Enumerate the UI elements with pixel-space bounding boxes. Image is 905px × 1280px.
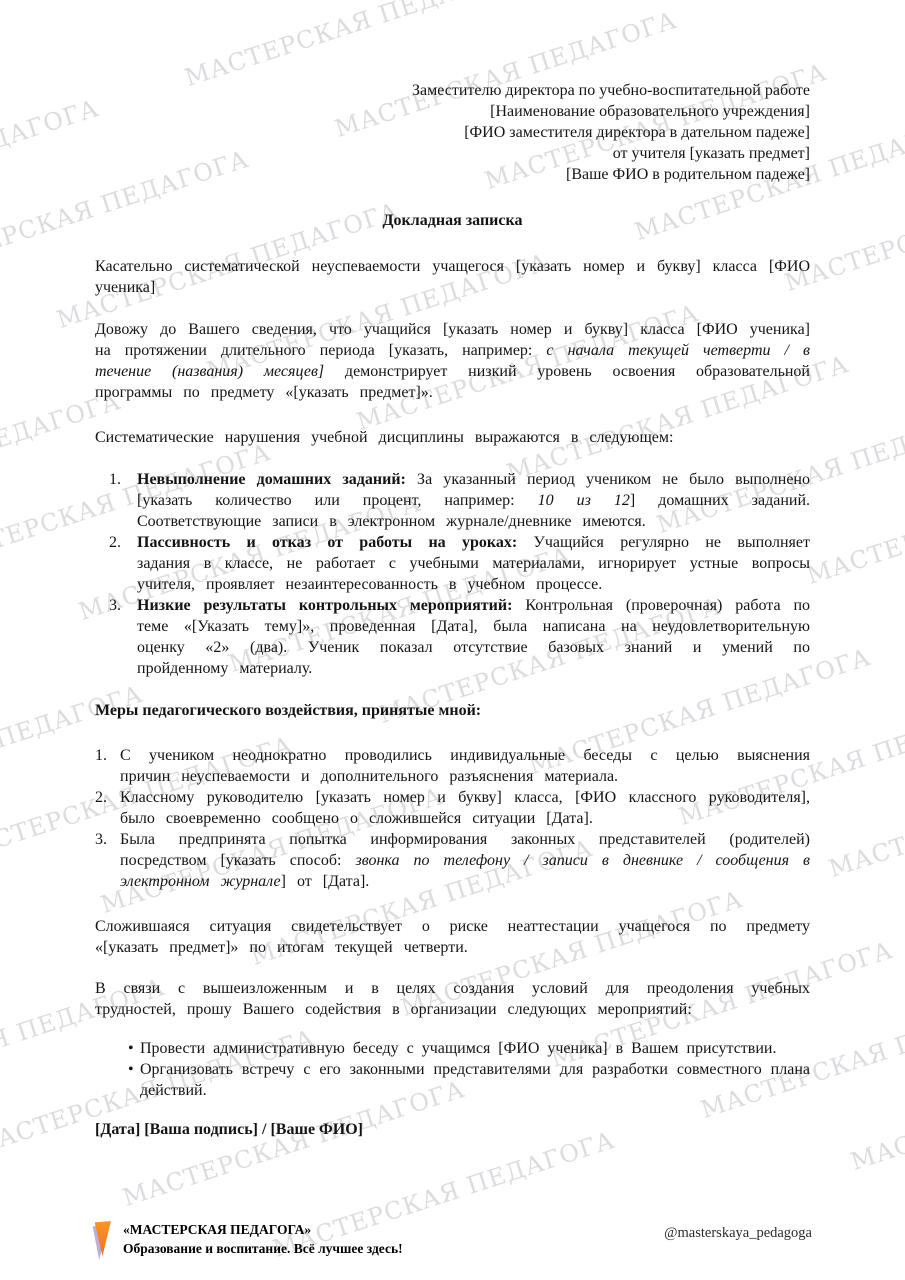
recipient-line: Заместителю директора по учебно-воспитат… (95, 80, 810, 101)
item-text: С учеником неоднократно проводились инди… (120, 745, 810, 787)
bullet-marker: • (128, 1059, 140, 1101)
bullet-marker: • (128, 1038, 140, 1059)
signature-line: [Дата] [Ваша подпись] / [Ваше ФИО] (95, 1119, 810, 1140)
recipient-line: [Наименование образовательного учреждени… (95, 101, 810, 122)
measures-list: 1. С учеником неоднократно проводились и… (95, 745, 810, 892)
item-text: Провести административную беседу с учащи… (140, 1038, 810, 1059)
recipient-line: [ФИО заместителя директора в дательном п… (95, 122, 810, 143)
measure-item: 1. С учеником неоднократно проводились и… (95, 745, 810, 787)
item-example-italic: 10 из 12 (538, 492, 630, 509)
item-number: 3. (109, 595, 137, 679)
item-text: Низкие результаты контрольных мероприяти… (137, 595, 810, 679)
item-number: 2. (95, 787, 120, 829)
item-body-text: ] от [Дата]. (281, 873, 370, 890)
item-number: 2. (109, 532, 137, 595)
violation-item: 3. Низкие результаты контрольных меропри… (95, 595, 810, 679)
item-text: Пассивность и отказ от работы на уроках:… (137, 532, 810, 595)
violation-item: 1. Невыполнение домашних заданий: За ука… (95, 469, 810, 532)
item-text: Невыполнение домашних заданий: За указан… (137, 469, 810, 532)
measures-heading: Меры педагогического воздействия, принят… (95, 700, 810, 721)
measure-item: 3. Была предпринята попытка информирован… (95, 829, 810, 892)
item-body-text: С учеником неоднократно проводились инди… (120, 747, 810, 785)
report-paragraph: Довожу до Вашего сведения, что учащийся … (95, 319, 810, 403)
violation-item: 2. Пассивность и отказ от работы на урок… (95, 532, 810, 595)
watermark-text: МАСТЕРСКАЯ ПЕДАГОГА (825, 746, 905, 883)
brand-block: «МАСТЕРСКАЯ ПЕДАГОГА» Образование и восп… (123, 1220, 403, 1258)
measure-item: 2. Классному руководителю [указать номер… (95, 787, 810, 829)
recipient-line: [Ваше ФИО в родительном падеже] (95, 164, 810, 185)
item-number: 1. (95, 745, 120, 787)
watermark-text: МАСТЕРСКАЯ ПЕДАГОГА (847, 1038, 905, 1175)
watermark-text: МАСТЕРСКАЯ ПЕДАГОГА (0, 94, 102, 231)
item-number: 1. (109, 469, 137, 532)
item-lead-bold: Пассивность и отказ от работы на уроках: (137, 534, 517, 551)
item-lead-bold: Невыполнение домашних заданий: (137, 471, 406, 488)
watermark-text: МАСТЕРСКАЯ ПЕДАГОГА (759, 0, 905, 4)
item-lead-bold: Низкие результаты контрольных мероприяти… (137, 597, 512, 614)
action-item: • Провести административную беседу с уча… (95, 1038, 810, 1059)
brand-tagline: Образование и воспитание. Всё лучшее зде… (123, 1239, 403, 1258)
item-text: Была предпринята попытка информирования … (120, 829, 810, 892)
violations-intro: Систематические нарушения учебной дисцип… (95, 427, 810, 448)
brand-logo-icon (94, 1221, 111, 1256)
document-title: Докладная записка (95, 210, 810, 231)
item-text: Организовать встречу с его законными пре… (140, 1059, 810, 1101)
brand-name: «МАСТЕРСКАЯ ПЕДАГОГА» (123, 1220, 403, 1239)
social-handle: @masterskaya_pedagoga (664, 1225, 812, 1242)
violations-list: 1. Невыполнение домашних заданий: За ука… (95, 469, 810, 679)
actions-list: • Провести административную беседу с уча… (95, 1038, 810, 1101)
recipient-line: от учителя [указать предмет] (95, 143, 810, 164)
watermark-text: МАСТЕРСКАЯ ПЕДАГОГА (181, 0, 530, 92)
recipient-block: Заместителю директора по учебно-воспитат… (95, 80, 810, 185)
item-body-text: Классному руководителю [указать номер и … (120, 789, 810, 827)
document-page: МАСТЕРСКАЯ ПЕДАГОГАМАСТЕРСКАЯ ПЕДАГОГАМА… (0, 0, 905, 1280)
footer: «МАСТЕРСКАЯ ПЕДАГОГА» Образование и восп… (0, 1218, 905, 1280)
item-text: Классному руководителю [указать номер и … (120, 787, 810, 829)
memo-document: Заместителю директора по учебно-воспитат… (95, 80, 810, 1140)
risk-paragraph: Сложившаяся ситуация свидетельствует о р… (95, 916, 810, 958)
subject-paragraph: Касательно систематической неуспеваемост… (95, 256, 810, 298)
action-item: • Организовать встречу с его законными п… (95, 1059, 810, 1101)
watermark-text: МАСТЕРСКАЯ ПЕДАГОГА (803, 453, 905, 590)
request-paragraph: В связи с вышеизложенным и в целях созда… (95, 978, 810, 1020)
item-number: 3. (95, 829, 120, 892)
